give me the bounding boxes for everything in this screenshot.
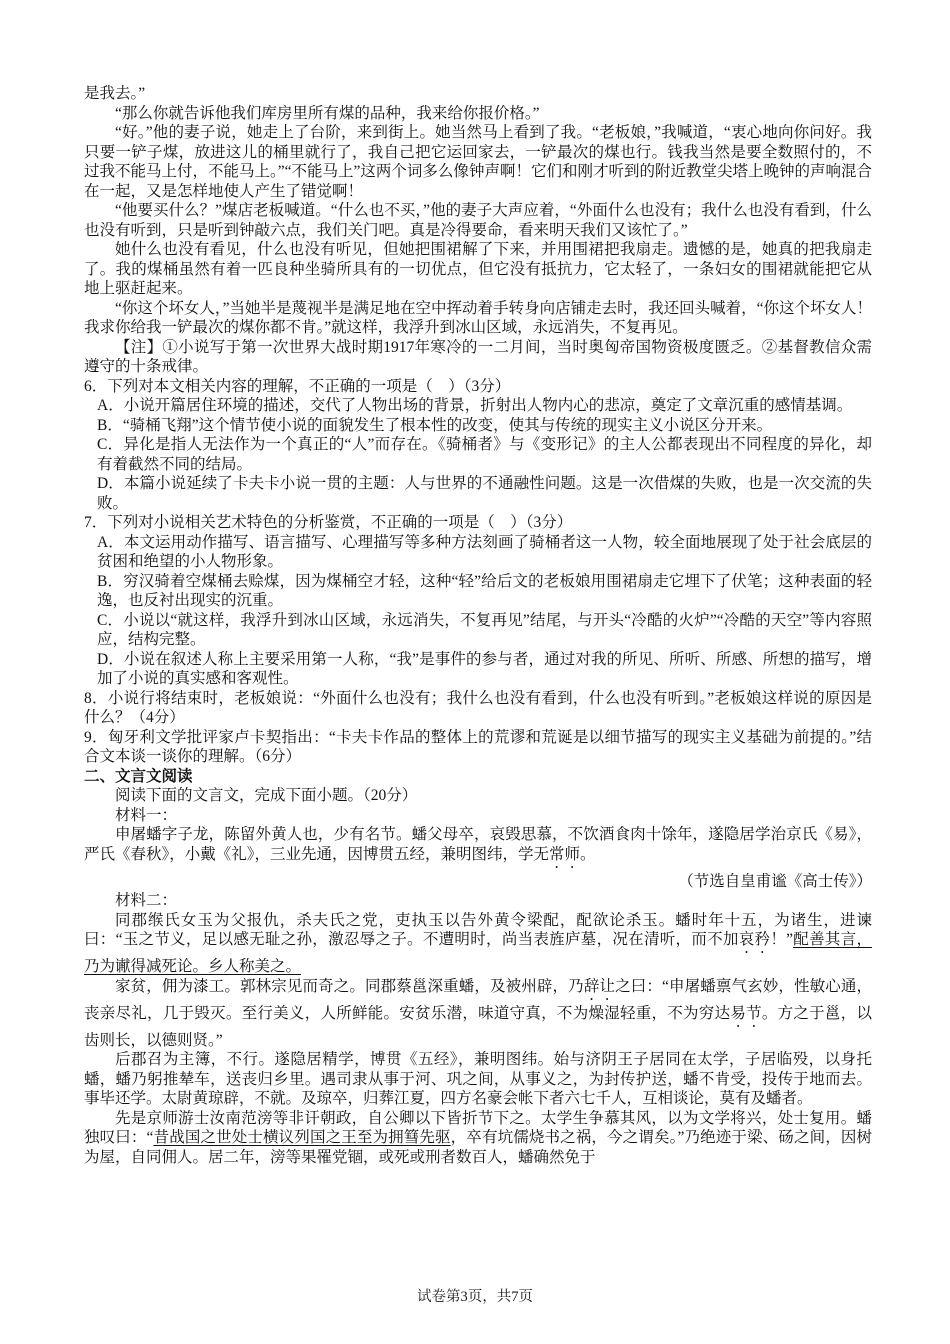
option-7-c: C．小说以“就这样，我浮升到冰山区域，永远消失，不复再见”结尾，与开头“冷酷的火… xyxy=(97,611,872,650)
section-instruction: 阅读下面的文言文，完成下面小题。（20分） xyxy=(84,786,872,806)
option-7-b: B．穷汉骑着空煤桶去赊煤，因为煤桶空才轻，这种“轻”给后文的老板娘用围裙扇走它埋… xyxy=(97,572,872,611)
story-paragraph: “他要买什么？”煤店老板喊道。“什么也不买，”他的妻子大声应着，“外面什么也没有… xyxy=(84,201,872,240)
exam-page: 是我去。”“那么你就告诉他我们库房里所有煤的品种，我来给你报价格。”“好。”他的… xyxy=(0,0,950,1344)
text-run: “那么你就告诉他我们库房里所有煤的品种，我来给你报价格。” xyxy=(115,105,540,122)
text-run: B．穷汉骑着空煤桶去赊煤，因为煤桶空才轻，这种“轻”给后文的老板娘用围裙扇走它埋… xyxy=(97,573,872,610)
story-paragraph: “那么你就告诉他我们库房里所有煤的品种，我来给你报价格。” xyxy=(84,104,872,124)
text-run: 申屠蟠字子龙，陈留外黄人也，少有名节。蟠父母卒，哀毁思慕，不饮酒食肉十馀年，遂隐… xyxy=(84,826,872,863)
text-run: ！” xyxy=(770,931,793,948)
text-run: 二、文言文阅读 xyxy=(84,768,193,785)
text-run: 她什么也没有看见，什么也没有听见，但她把围裙解了下来，并用围裙把我扇走。遗憾的是… xyxy=(84,241,872,297)
text-run: 7．下列对小说相关艺术特色的分析鉴赏，不正确的一项是（ ）（3分） xyxy=(84,514,572,531)
text-run: “好。”他的妻子说，她走上了台阶，来到街上。她当然马上看到了我。“老板娘，”我喊… xyxy=(84,124,872,200)
option-6-d: D．本篇小说延续了卡夫卡小说一贯的主题：人与世界的不通融性问题。这是一次借煤的失… xyxy=(97,474,872,513)
note-paragraph: 【注】①小说写于第一次世界大战时期1917年寒冷的一二月间，当时奥匈帝国物资极度… xyxy=(84,338,872,377)
emphasis-dotted-text: 哀矜 xyxy=(739,931,771,948)
text-run: 是我去。” xyxy=(84,85,145,102)
question-9: 9．匈牙利文学批评家卢卡契指出：“卡夫卡作品的整体上的荒谬和荒诞是以细节描写的现… xyxy=(84,728,872,767)
text-run: D．本篇小说延续了卡夫卡小说一贯的主题：人与世界的不通融性问题。这是一次借煤的失… xyxy=(97,475,872,512)
material-2-paragraph-1: 同郡缑氏女玉为父报仇，杀夫氏之党，吏执玉以告外黄令梁配，配欲论杀玉。蟠时年十五，… xyxy=(84,911,872,977)
option-6-b: B．“骑桶飞翔”这个情节使小说的面貌发生了根本性的改变，使其与传统的现实主义小说… xyxy=(97,416,872,436)
material-2-paragraph-2: 家贫，佣为漆工。郭林宗见而奇之。同郡蔡邕深重蟠，及被州辟，乃辞让之曰：“申屠蟠禀… xyxy=(84,977,872,1051)
question-8: 8．小说行将结束时，老板娘说：“外面什么也没有；我什么也没有看到，什么也没有听到… xyxy=(84,689,872,728)
option-6-a: A．小说开篇居住环境的描述，交代了人物出场的背景，折射出人物内心的悲凉，奠定了文… xyxy=(97,396,872,416)
page-footer: 试卷第3页，共7页 xyxy=(0,1288,950,1308)
text-run: 【注】①小说写于第一次世界大战时期1917年寒冷的一二月间，当时奥匈帝国物资极度… xyxy=(84,339,872,376)
text-run: A．本文运用动作描写、语言描写、心理描写等多种方法刻画了骑桶者这一人物，较全面地… xyxy=(97,534,872,571)
text-run: 阅读下面的文言文，完成下面小题。（20分） xyxy=(115,787,417,804)
text-run: （节选自皇甫谧《高士传》） xyxy=(678,873,872,890)
material-2-paragraph-3: 后郡召为主簿，不行。遂隐居精学，博贯《五经》，兼明图纬。始与济阴王子居同在太学，… xyxy=(84,1050,872,1109)
story-paragraph: 她什么也没有看见，什么也没有听见，但她把围裙解了下来，并用围裙把我扇走。遗憾的是… xyxy=(84,240,872,299)
emphasis-dotted-text: 辞让 xyxy=(584,978,615,995)
paragraph-continuation: 是我去。” xyxy=(84,84,872,104)
text-run: 6．下列对本文相关内容的理解，不正确的一项是（ ）（3分） xyxy=(84,378,510,395)
text-run: D．小说在叙述人称上主要采用第一人称，“我”是事件的参与者，通过对我的所见、所听… xyxy=(97,651,872,688)
text-run: 家贫，佣为漆工。郭林宗见而奇之。同郡蔡邕深重蟠，及被州辟，乃 xyxy=(115,978,584,995)
question-7: 7．下列对小说相关艺术特色的分析鉴赏，不正确的一项是（ ）（3分） xyxy=(84,513,872,533)
material-1-text: 申屠蟠字子龙，陈留外黄人也，少有名节。蟠父母卒，哀毁思慕，不饮酒食肉十馀年，遂隐… xyxy=(84,825,872,872)
emphasis-dotted-text: 常师 xyxy=(549,846,580,863)
option-6-c: C．异化是指人无法作为一个真正的“人”而存在。《骑桶者》与《变形记》的主人公都表… xyxy=(97,435,872,474)
text-run: A．小说开篇居住环境的描述，交代了人物出场的背景，折射出人物内心的悲凉，奠定了文… xyxy=(97,397,852,414)
emphasis-dotted-text: 易节 xyxy=(730,1005,762,1022)
story-paragraph: “好。”他的妻子说，她走上了台阶，来到街上。她当然马上看到了我。“老板娘，”我喊… xyxy=(84,123,872,201)
text-run: 后郡召为主簿，不行。遂隐居精学，博贯《五经》，兼明图纬。始与济阴王子居同在太学，… xyxy=(84,1051,872,1107)
text-run: 9．匈牙利文学批评家卢卡契指出：“卡夫卡作品的整体上的荒谬和荒诞是以细节描写的现… xyxy=(84,729,872,766)
material-1-label: 材料一： xyxy=(84,806,872,826)
text-run: “他要买什么？”煤店老板喊道。“什么也不买，”他的妻子大声应着，“外面什么也没有… xyxy=(84,202,872,239)
underlined-text: 昔战国之世处士横议列国之王至为拥篲先驱 xyxy=(153,1129,450,1146)
material-1-source: （节选自皇甫谧《高士传》） xyxy=(84,872,872,892)
text-run: 8．小说行将结束时，老板娘说：“外面什么也没有；我什么也没有看到，什么也没有听到… xyxy=(84,690,872,727)
option-7-d: D．小说在叙述人称上主要采用第一人称，“我”是事件的参与者，通过对我的所见、所听… xyxy=(97,650,872,689)
story-paragraph: “你这个坏女人，”当她半是蔑视半是满足地在空中挥动着手转身向店铺走去时，我还回头… xyxy=(84,299,872,338)
text-run: “你这个坏女人，”当她半是蔑视半是满足地在空中挥动着手转身向店铺走去时，我还回头… xyxy=(84,300,872,337)
document-body: 是我去。”“那么你就告诉他我们库房里所有煤的品种，我来给你报价格。”“好。”他的… xyxy=(84,84,872,1167)
text-run: B．“骑桶飞翔”这个情节使小说的面貌发生了根本性的改变，使其与传统的现实主义小说… xyxy=(97,417,772,434)
text-run: 材料二： xyxy=(115,892,177,909)
option-7-a: A．本文运用动作描写、语言描写、心理描写等多种方法刻画了骑桶者这一人物，较全面地… xyxy=(97,533,872,572)
text-run: 材料一： xyxy=(115,807,177,824)
text-run: C．异化是指人无法作为一个真正的“人”而存在。《骑桶者》与《变形记》的主人公都表… xyxy=(97,436,872,473)
text-run: C．小说以“就这样，我浮升到冰山区域，永远消失，不复再见”结尾，与开头“冷酷的火… xyxy=(97,612,872,649)
material-2-paragraph-4: 先是京师游士汝南范滂等非讦朝政，自公卿以下皆折节下之。太学生争慕其风，以为文学将… xyxy=(84,1109,872,1168)
question-6: 6．下列对本文相关内容的理解，不正确的一项是（ ）（3分） xyxy=(84,377,872,397)
material-2-label: 材料二： xyxy=(84,891,872,911)
text-run: 。 xyxy=(580,846,596,863)
section-heading: 二、文言文阅读 xyxy=(84,767,872,787)
